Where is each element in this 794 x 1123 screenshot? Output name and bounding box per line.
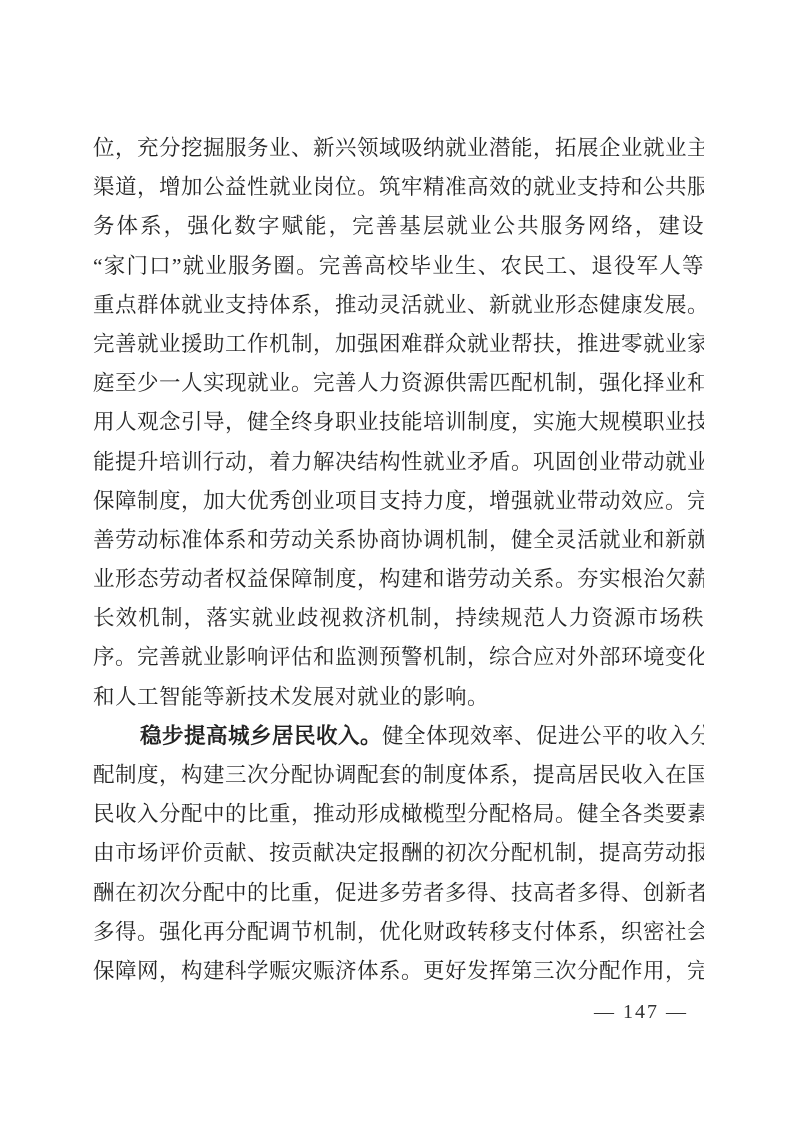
- text-line: 能提升培训行动，着力解决结构性就业矛盾。巩固创业带动就业: [93, 443, 704, 482]
- page-footer: — 147 —: [594, 1000, 688, 1024]
- text-line: 善劳动标准体系和劳动关系协商协调机制，健全灵活就业和新就: [93, 521, 704, 560]
- text-line: 务体系，强化数字赋能，完善基层就业公共服务网络，建设: [93, 207, 704, 246]
- text-line: 业形态劳动者权益保障制度，构建和谐劳动关系。夯实根治欠薪: [93, 560, 704, 599]
- text-line: 渠道，增加公益性就业岗位。筑牢精准高效的就业支持和公共服: [93, 168, 704, 207]
- text-line: 配制度，构建三次分配协调配套的制度体系，提高居民收入在国: [93, 756, 704, 795]
- paragraph-employment: 位，充分挖掘服务业、新兴领域吸纳就业潜能，拓展企业就业主 渠道，增加公益性就业岗…: [93, 129, 704, 717]
- text-line: 酬在初次分配中的比重，促进多劳者多得、技高者多得、创新者: [93, 874, 704, 913]
- text-line: 位，充分挖掘服务业、新兴领域吸纳就业潜能，拓展企业就业主: [93, 129, 704, 168]
- text-line: 完善就业援助工作机制，加强困难群众就业帮扶，推进零就业家: [93, 325, 704, 364]
- text-line: 多得。强化再分配调节机制，优化财政转移支付体系，织密社会: [93, 913, 704, 952]
- text-line: 庭至少一人实现就业。完善人力资源供需匹配机制，强化择业和: [93, 364, 704, 403]
- text-line: 民收入分配中的比重，推动形成橄榄型分配格局。健全各类要素: [93, 795, 704, 834]
- page-number: — 147 —: [594, 1001, 688, 1023]
- text-line: 长效机制，落实就业歧视救济机制，持续规范人力资源市场秩: [93, 599, 704, 638]
- paragraph-lead-rest: 健全体现效率、促进公平的收入分: [382, 724, 704, 748]
- text-line: 稳步提高城乡居民收入。健全体现效率、促进公平的收入分: [93, 717, 704, 756]
- text-line: 重点群体就业支持体系，推动灵活就业、新就业形态健康发展。: [93, 286, 704, 325]
- document-body: 位，充分挖掘服务业、新兴领域吸纳就业潜能，拓展企业就业主 渠道，增加公益性就业岗…: [93, 129, 704, 991]
- paragraph-income: 稳步提高城乡居民收入。健全体现效率、促进公平的收入分 配制度，构建三次分配协调配…: [93, 717, 704, 991]
- text-line: 和人工智能等新技术发展对就业的影响。: [93, 678, 704, 717]
- text-line: 由市场评价贡献、按贡献决定报酬的初次分配机制，提高劳动报: [93, 834, 704, 873]
- document-page: 位，充分挖掘服务业、新兴领域吸纳就业潜能，拓展企业就业主 渠道，增加公益性就业岗…: [0, 0, 794, 1123]
- text-line: 保障网，构建科学赈灾赈济体系。更好发挥第三次分配作用，完: [93, 952, 704, 991]
- text-line: “家门口”就业服务圈。完善高校毕业生、农民工、退役军人等: [93, 247, 704, 286]
- text-line: 保障制度，加大优秀创业项目支持力度，增强就业带动效应。完: [93, 482, 704, 521]
- text-line: 序。完善就业影响评估和监测预警机制，综合应对外部环境变化: [93, 638, 704, 677]
- paragraph-lead-bold: 稳步提高城乡居民收入。: [140, 724, 382, 748]
- text-line: 用人观念引导，健全终身职业技能培训制度，实施大规模职业技: [93, 403, 704, 442]
